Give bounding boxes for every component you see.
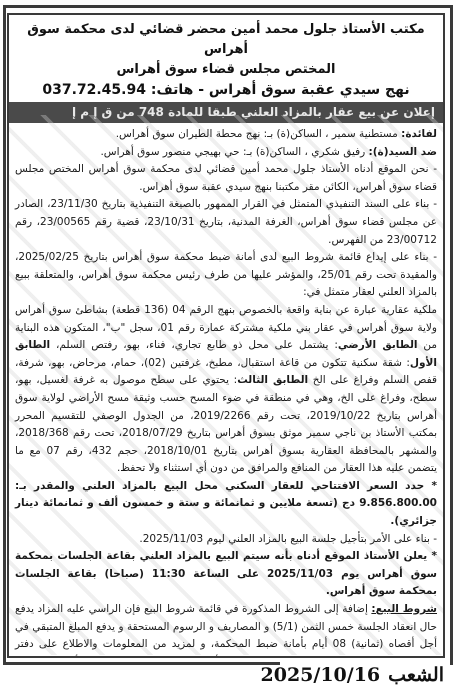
publication-date: 2025/10/16 <box>261 664 381 686</box>
against-label: ضد السيد(ة): <box>369 146 437 158</box>
office-jurisdiction: المختص مجلس قضاء سوق أهراس <box>9 60 443 80</box>
postponement-paragraph: - بناء على الأمر بتأجيل جلسة البيع بالمز… <box>15 531 437 549</box>
deposit-paragraph: - بناء على إيداع قائمة شروط البيع لدى أم… <box>15 249 437 302</box>
sale-conditions-label: شروط البيع: <box>371 603 437 615</box>
auction-date-paragraph: * يعلن الأستاذ الموقع أدناه بأنه سيتم ال… <box>15 548 437 601</box>
against-text: رفيق شكري ، الساكن(ة) بـ: حي بهيجي منصور… <box>100 146 368 158</box>
beneficiary-text: مستطنية سمير ، الساكن(ة) بـ: نهج محطة ال… <box>116 128 401 140</box>
opening-price-paragraph: * حدد السعر الافتتاحي للعقار السكني محل … <box>15 478 437 531</box>
notice-title-banner: إعلان عن بيع عقار بالمزاد العلني طبقا لل… <box>9 102 443 123</box>
ground-floor-label: الطابق الأرضي <box>338 339 418 351</box>
third-floor-label: الطابق الثالث <box>237 374 308 386</box>
notice-body: لفائدة: مستطنية سمير ، الساكن(ة) بـ: نهج… <box>9 126 443 658</box>
property-description-paragraph: ملكية عقارية عبارة عن بناية واقعة بالخصو… <box>15 302 437 478</box>
notice-header: مكتب الأستاذ جلول محمد أمين محضر قضائي ل… <box>9 15 443 100</box>
beneficiary-label: لفائدة: <box>401 128 437 140</box>
office-name: مكتب الأستاذ جلول محمد أمين محضر قضائي ل… <box>9 20 443 60</box>
beneficiary-paragraph: لفائدة: مستطنية سمير ، الساكن(ة) بـ: نهج… <box>15 126 437 144</box>
newspaper-name: الشعب <box>388 664 444 686</box>
enforcement-paragraph: - بناء على السند التنفيذي المتمثل في الق… <box>15 196 437 249</box>
publication-footer: الشعب 2025/10/16 <box>280 660 450 690</box>
against-paragraph: ضد السيد(ة): رفيق شكري ، الساكن(ة) بـ: ح… <box>15 144 437 162</box>
office-address-phone: نهج سيدي عقبة سوق أهراس - هاتف: 037.72.4… <box>9 80 443 100</box>
notice-frame: مكتب الأستاذ جلول محمد أمين محضر قضائي ل… <box>7 13 445 658</box>
bailiff-paragraph: - نحن الموقع أدناه الأستاذ جلول محمد أمي… <box>15 161 437 196</box>
sale-conditions-paragraph: شروط البيع: إضافة إلى الشروط المذكورة في… <box>15 601 437 658</box>
